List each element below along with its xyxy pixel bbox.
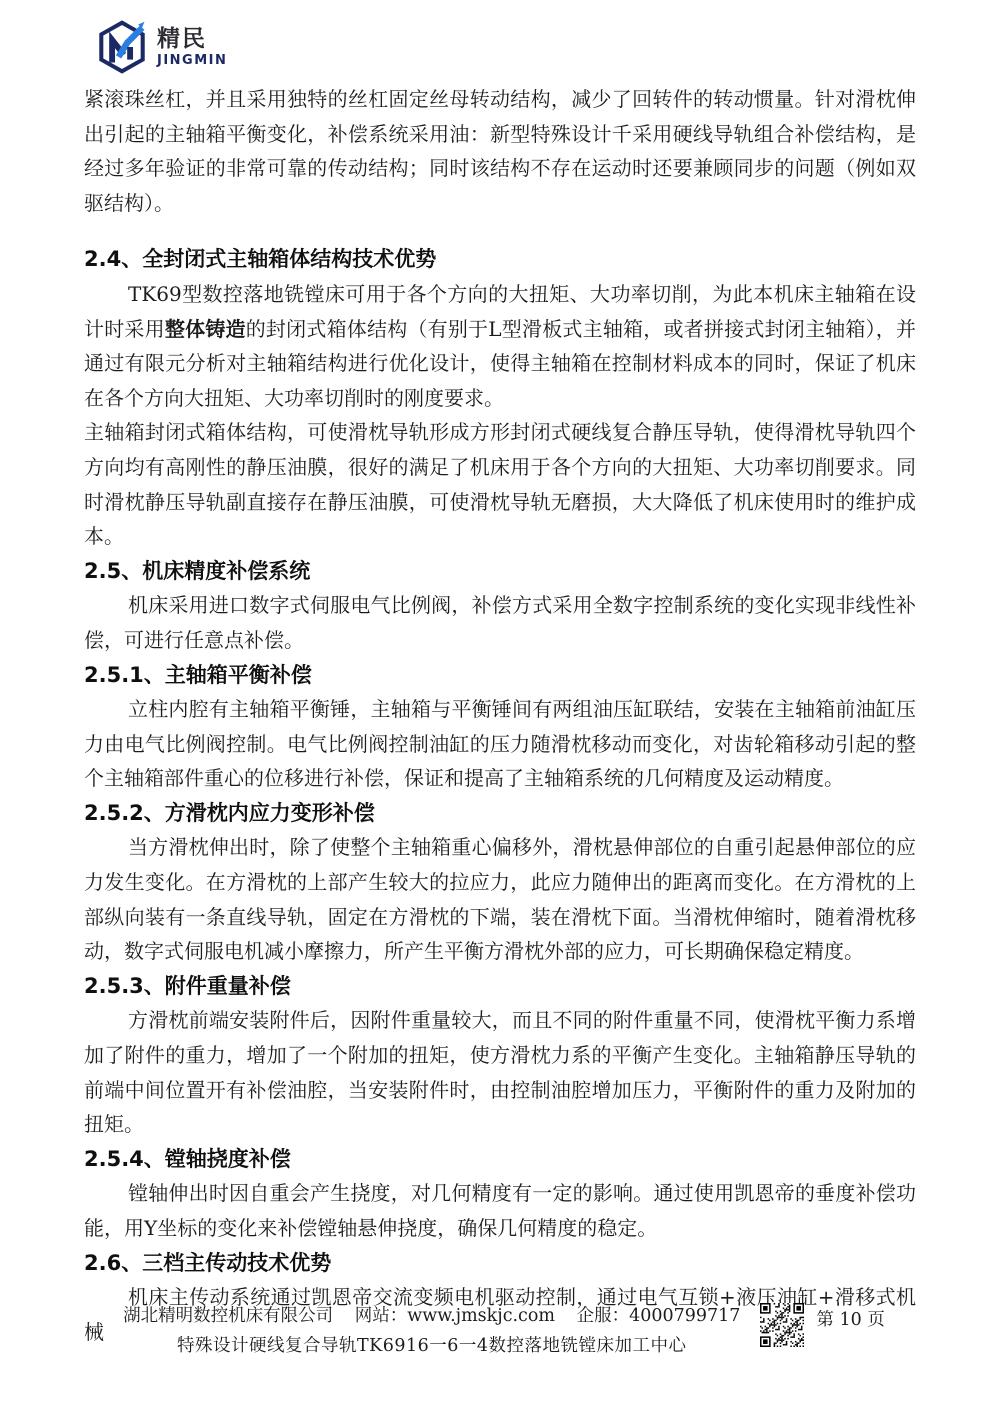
footer-service-phone: 企服：4000799717 (577, 1306, 741, 1326)
section-heading: 2.5.3、附件重量补偿 (84, 969, 916, 1004)
jingmin-hexagon-logo-icon (95, 20, 149, 74)
document-body: 紧滚珠丝杠，并且采用独特的丝杠固定丝母转动结构，减少了回转件的转动惯量。针对滑枕… (84, 82, 916, 1349)
logo-english-name: JINGMIN (157, 54, 227, 67)
company-logo: 精民 JINGMIN (95, 20, 227, 74)
footer-text: 湖北精明数控机床有限公司 网站：www.jmskjc.com 企服：400079… (115, 1301, 748, 1361)
footer-company: 湖北精明数控机床有限公司 (123, 1306, 333, 1326)
section-heading: 2.5、机床精度补偿系统 (84, 554, 916, 589)
logo-chinese-name: 精民 (157, 28, 227, 51)
section-heading: 2.5.1、主轴箱平衡补偿 (84, 658, 916, 693)
paragraph: 主轴箱封闭式箱体结构，可使滑枕导轨形成方形封闭式硬线复合静压导轨，使得滑枕导轨四… (84, 415, 916, 553)
page-number: 第 10 页 (816, 1306, 884, 1331)
footer-doc-title: 特殊设计硬线复合导轨TK6916一6一4数控落地铣镗床加工中心 (115, 1331, 748, 1361)
paragraph: 紧滚珠丝杠，并且采用独特的丝杠固定丝母转动结构，减少了回转件的转动惯量。针对滑枕… (84, 82, 916, 220)
page-footer: 湖北精明数控机床有限公司 网站：www.jmskjc.com 企服：400079… (0, 1301, 1000, 1361)
section-heading: 2.4、全封闭式主轴箱体结构技术优势 (84, 242, 916, 277)
paragraph: TK69型数控落地铣镗床可用于各个方向的大扭矩、大功率切削，为此本机床主轴箱在设… (84, 277, 916, 415)
document-page: 精民 JINGMIN 紧滚珠丝杠，并且采用独特的丝杠固定丝母转动结构，减少了回转… (0, 0, 1000, 1417)
paragraph: 机床采用进口数字式伺服电气比例阀，补偿方式采用全数字控制系统的变化实现非线性补偿… (84, 588, 916, 657)
section-heading: 2.5.4、镗轴挠度补偿 (84, 1142, 916, 1177)
paragraph: 方滑枕前端安装附件后，因附件重量较大，而且不同的附件重量不同，使滑枕平衡力系增加… (84, 1003, 916, 1141)
footer-company-line: 湖北精明数控机床有限公司 网站：www.jmskjc.com 企服：400079… (115, 1301, 748, 1331)
qr-code-icon (760, 1303, 804, 1347)
paragraph: 当方滑枕伸出时，除了使整个主轴箱重心偏移外，滑枕悬伸部位的自重引起悬伸部位的应力… (84, 830, 916, 968)
footer-website: 网站：www.jmskjc.com (355, 1306, 555, 1326)
paragraph: 镗轴伸出时因自重会产生挠度，对几何精度有一定的影响。通过使用凯恩帝的垂度补偿功能… (84, 1176, 916, 1245)
section-heading: 2.5.2、方滑枕内应力变形补偿 (84, 796, 916, 831)
paragraph: 立柱内腔有主轴箱平衡锤，主轴箱与平衡锤间有两组油压缸联结，安装在主轴箱前油缸压力… (84, 692, 916, 796)
section-heading: 2.6、三档主传动技术优势 (84, 1246, 916, 1281)
